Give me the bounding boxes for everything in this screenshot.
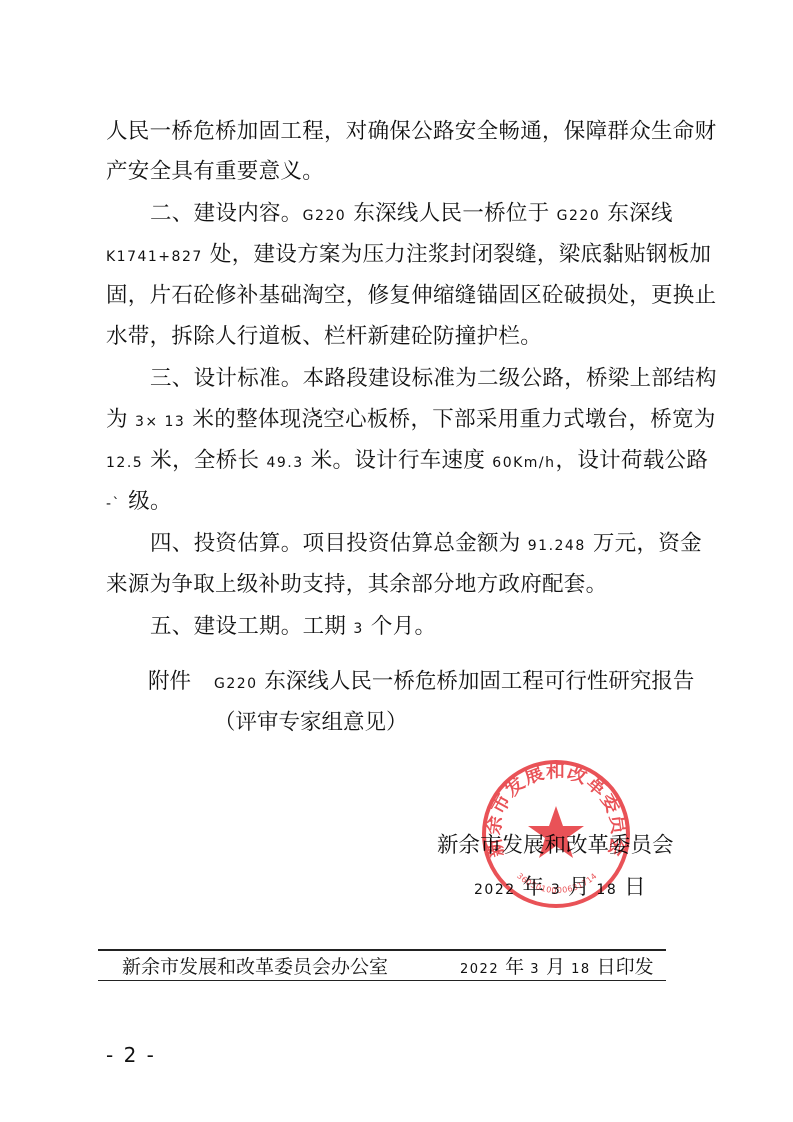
paragraph-line: 来源为争取上级补助支持，其余部分地方政府配套。 — [106, 570, 696, 600]
footer-top-rule — [98, 949, 666, 951]
paragraph-line: 产安全具有重要意义。 — [106, 157, 696, 187]
attachment-subtitle: （评审专家组意见） — [214, 708, 408, 738]
paragraph-line: -` 级。 — [106, 487, 696, 519]
paragraph-line: 固，片石砼修补基础淘空，修复伸缩缝锚固区砼破损处，更换止 — [106, 281, 696, 311]
attachment-label: 附件 — [148, 667, 191, 697]
footer-bottom-rule — [98, 980, 666, 981]
section-construction-period: 五、建设工期。工期 3 个月。 — [150, 612, 740, 644]
attachment-title: G220 东深线人民一桥危桥加固工程可行性研究报告 — [214, 667, 694, 699]
paragraph-line: 12.5 米，全桥长 49.3 米。设计行车速度 60Km/h，设计荷载公路 — [106, 446, 696, 478]
section-construction-content: 二、建设内容。G220 东深线人民一桥位于 G220 东深线 — [150, 199, 740, 231]
paragraph-line: 为 3× 13 米的整体现浇空心板桥，下部采用重力式墩台，桥宽为 — [106, 405, 696, 437]
official-seal-icon: 新余市发展和改革委员会 3605010000631714 — [480, 758, 632, 910]
star-icon — [528, 806, 584, 858]
paragraph-line: 人民一桥危桥加固工程，对确保公路安全畅通，保障群众生命财 — [106, 117, 696, 147]
paragraph-line: K1741+827 处，建设方案为压力注浆封闭裂缝，梁底黏贴钢板加 — [106, 240, 696, 272]
footer-issuing-office: 新余市发展和改革委员会办公室 — [122, 954, 388, 980]
section-design-standard: 三、设计标准。本路段建设标准为二级公路，桥梁上部结构 — [150, 364, 740, 394]
document-page: 人民一桥危桥加固工程，对确保公路安全畅通，保障群众生命财 产安全具有重要意义。 … — [0, 0, 793, 1122]
page-number: - 2 - — [106, 1043, 156, 1067]
paragraph-line: 水带，拆除人行道板、栏杆新建砼防撞护栏。 — [106, 322, 696, 352]
footer-issue-date: 2022 年 3 月 18 日印发 — [460, 954, 654, 983]
svg-text:3605010000631714: 3605010000631714 — [515, 871, 599, 895]
section-investment-estimate: 四、投资估算。项目投资估算总金额为 91.248 万元，资金 — [150, 529, 740, 561]
